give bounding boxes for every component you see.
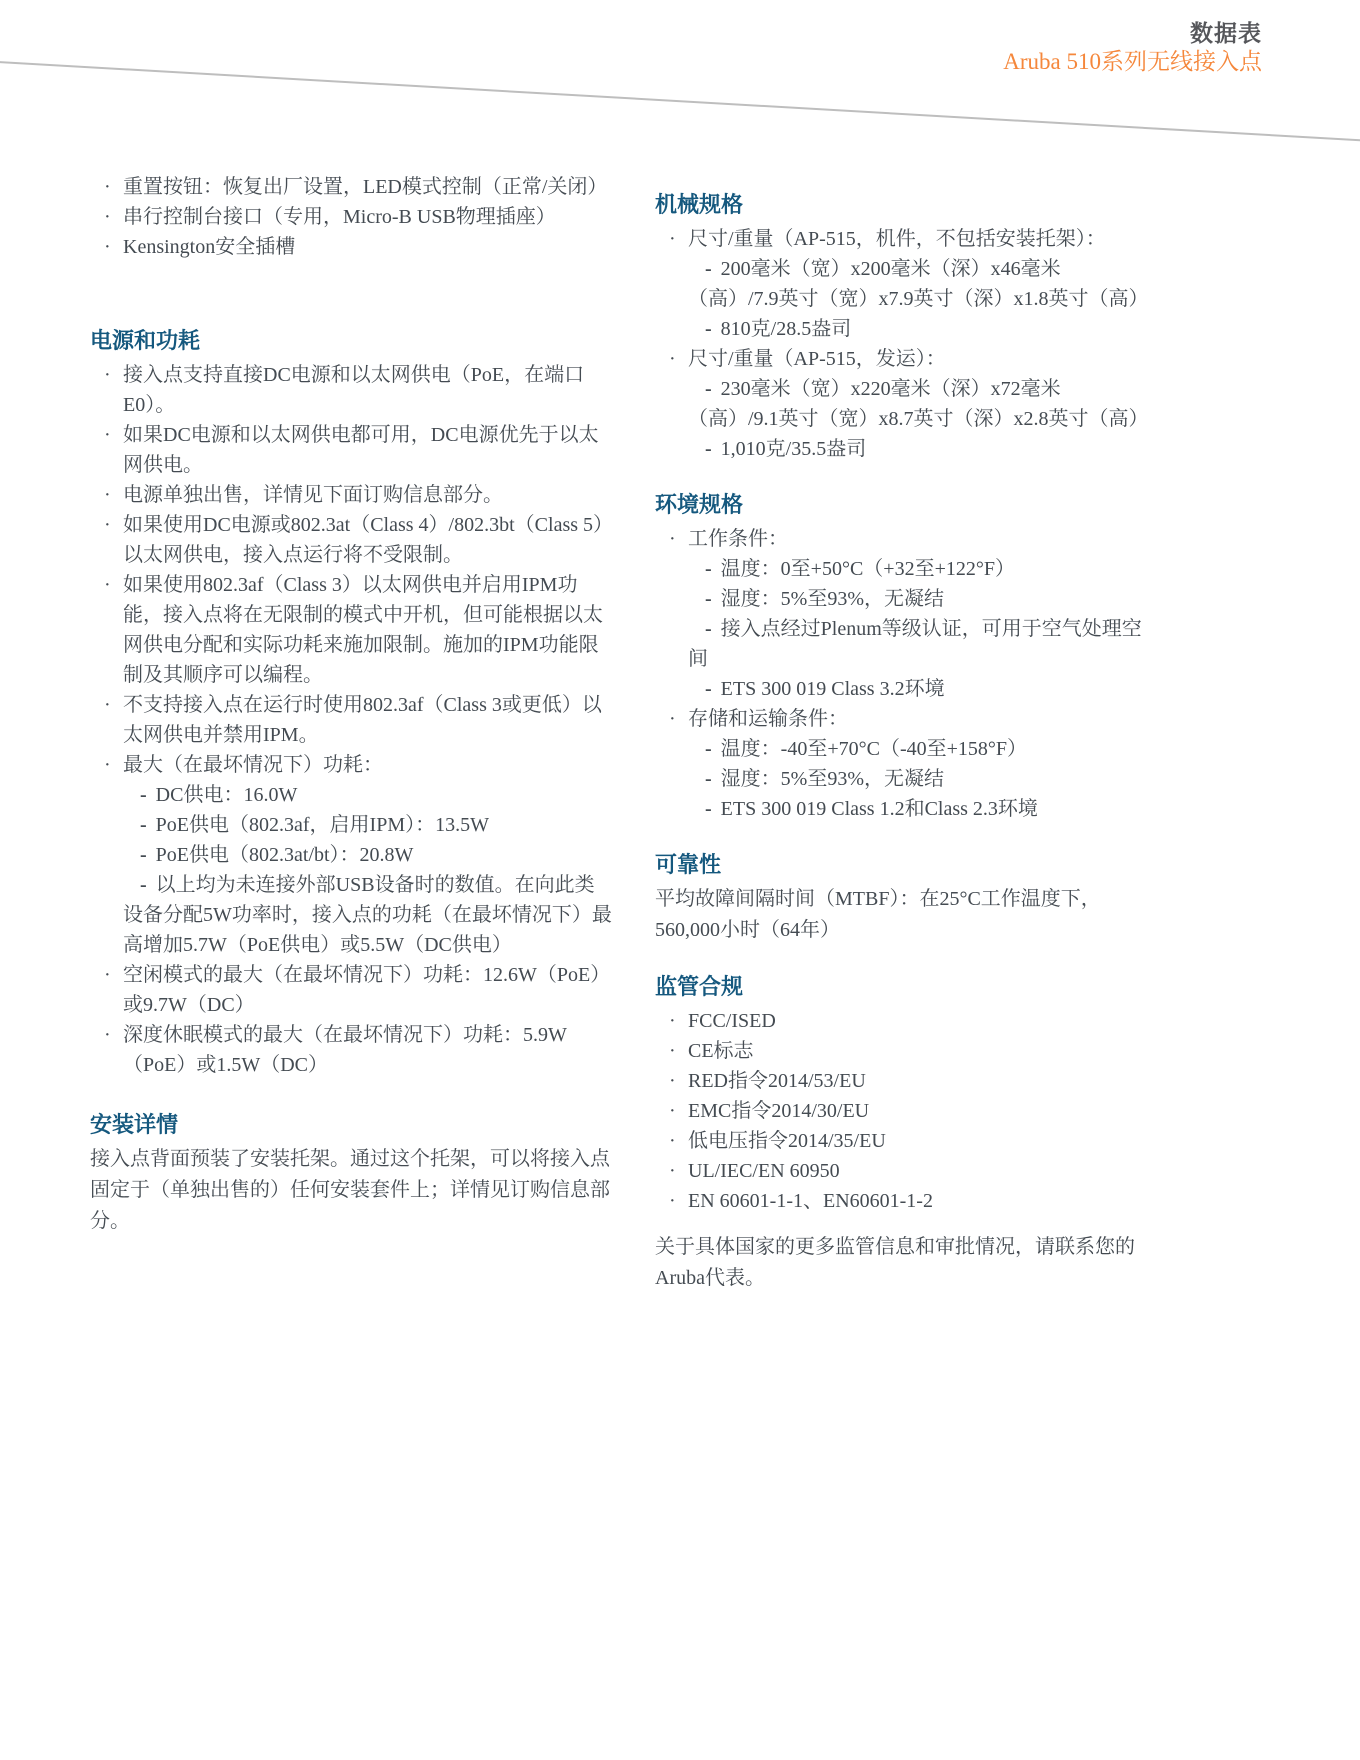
- list-item-text: ETS 300 019 Class 1.2和Class 2.3环境: [721, 798, 1038, 820]
- list-item: -PoE供电（802.3at/bt）：20.8W: [90, 840, 612, 870]
- bullet-marker: ·: [104, 232, 111, 262]
- bullet-marker: ·: [104, 420, 111, 450]
- list-item-text: 如果使用802.3af（Class 3）以太网供电并启用IPM功能，接入点将在无…: [123, 574, 603, 686]
- list-item-text: 温度：-40至+70°C（-40至+158°F）: [721, 738, 1027, 760]
- document-header: 数据表 Aruba 510系列无线接入点: [1003, 20, 1262, 76]
- list-item: -230毫米（宽）x220毫米（深）x72毫米（高）/9.1英寸（宽）x8.7英…: [655, 374, 1147, 434]
- bullet-marker: ·: [104, 690, 111, 720]
- list-item-text: 重置按钮：恢复出厂设置，LED模式控制（正常/关闭）: [123, 176, 607, 198]
- list-item-text: PoE供电（802.3at/bt）：20.8W: [156, 844, 414, 866]
- list-item: ·如果使用802.3af（Class 3）以太网供电并启用IPM功能，接入点将在…: [90, 570, 612, 690]
- list-item-text: DC供电：16.0W: [156, 784, 298, 806]
- list-item: ·低电压指令2014/35/EU: [655, 1126, 1147, 1156]
- dash-marker: -: [140, 814, 147, 836]
- dash-marker: -: [705, 438, 712, 460]
- list-item: ·CE标志: [655, 1036, 1147, 1066]
- bullet-marker: ·: [669, 1186, 676, 1216]
- list-item: ·电源单独出售，详情见下面订购信息部分。: [90, 480, 612, 510]
- regulatory-footnote: 关于具体国家的更多监管信息和审批情况，请联系您的Aruba代表。: [655, 1232, 1147, 1294]
- list-item-text: RED指令2014/53/EU: [688, 1070, 866, 1092]
- dash-marker: -: [705, 738, 712, 760]
- list-item-text: 230毫米（宽）x220毫米（深）x72毫米（高）/9.1英寸（宽）x8.7英寸…: [688, 378, 1149, 430]
- list-item: ·不支持接入点在运行时使用802.3af（Class 3或更低）以太网供电并禁用…: [90, 690, 612, 750]
- bullet-marker: ·: [104, 360, 111, 390]
- list-item-text: 电源单独出售，详情见下面订购信息部分。: [123, 484, 503, 506]
- list-item-text: 如果DC电源和以太网供电都可用，DC电源优先于以太网供电。: [123, 424, 599, 476]
- mechanical-spec-list: ·尺寸/重量（AP-515，机件，不包括安装托架）：-200毫米（宽）x200毫…: [655, 224, 1147, 464]
- list-item: -PoE供电（802.3af，启用IPM）：13.5W: [90, 810, 612, 840]
- power-consumption-list: ·接入点支持直接DC电源和以太网供电（PoE，在端口E0）。·如果DC电源和以太…: [90, 360, 612, 1080]
- right-column: 机械规格 ·尺寸/重量（AP-515，机件，不包括安装托架）：-200毫米（宽）…: [655, 160, 1147, 1294]
- list-item: ·接入点支持直接DC电源和以太网供电（PoE，在端口E0）。: [90, 360, 612, 420]
- list-item: ·尺寸/重量（AP-515，机件，不包括安装托架）：: [655, 224, 1147, 254]
- list-item-text: 最大（在最坏情况下）功耗：: [123, 754, 383, 776]
- bullet-marker: ·: [104, 202, 111, 232]
- bullet-marker: ·: [104, 172, 111, 202]
- dash-marker: -: [705, 618, 712, 640]
- mtbf-paragraph: 平均故障间隔时间（MTBF）：在25°C工作温度下，560,000小时（64年）: [655, 884, 1147, 946]
- list-item: -ETS 300 019 Class 3.2环境: [655, 674, 1147, 704]
- section-title-power: 电源和功耗: [90, 326, 612, 356]
- list-item: ·深度休眠模式的最大（在最坏情况下）功耗：5.9W（PoE）或1.5W（DC）: [90, 1020, 612, 1080]
- list-item: -温度：0至+50°C（+32至+122°F）: [655, 554, 1147, 584]
- dash-marker: -: [705, 318, 712, 340]
- dash-marker: -: [705, 798, 712, 820]
- left-column: ·重置按钮：恢复出厂设置，LED模式控制（正常/关闭）·串行控制台接口（专用，M…: [90, 160, 612, 1237]
- bullet-marker: ·: [669, 1066, 676, 1096]
- section-title-environmental: 环境规格: [655, 490, 1147, 520]
- list-item: -以上均为未连接外部USB设备时的数值。在向此类设备分配5W功率时，接入点的功耗…: [90, 870, 612, 960]
- list-item-text: 接入点支持直接DC电源和以太网供电（PoE，在端口E0）。: [123, 364, 584, 416]
- list-item-text: 低电压指令2014/35/EU: [688, 1130, 886, 1152]
- list-item-text: 存储和运输条件：: [688, 708, 848, 730]
- bullet-marker: ·: [104, 1020, 111, 1050]
- list-item: -湿度：5%至93%，无凝结: [655, 764, 1147, 794]
- bullet-marker: ·: [669, 1156, 676, 1186]
- list-item-text: 尺寸/重量（AP-515，机件，不包括安装托架）：: [688, 228, 1106, 250]
- bullet-marker: ·: [669, 224, 676, 254]
- product-title: Aruba 510系列无线接入点: [1003, 48, 1262, 76]
- list-item-text: 接入点经过Plenum等级认证，可用于空气处理空间: [688, 618, 1142, 670]
- list-item-text: PoE供电（802.3af，启用IPM）：13.5W: [156, 814, 489, 836]
- section-title-reliability: 可靠性: [655, 850, 1147, 880]
- list-item: ·如果DC电源和以太网供电都可用，DC电源优先于以太网供电。: [90, 420, 612, 480]
- list-item-text: 深度休眠模式的最大（在最坏情况下）功耗：5.9W（PoE）或1.5W（DC）: [123, 1024, 567, 1076]
- list-item-text: 如果使用DC电源或802.3at（Class 4）/802.3bt（Class …: [123, 514, 603, 566]
- list-item-text: Kensington安全插槽: [123, 236, 295, 258]
- list-item: ·FCC/ISED: [655, 1006, 1147, 1036]
- list-item-text: 不支持接入点在运行时使用802.3af（Class 3或更低）以太网供电并禁用I…: [123, 694, 602, 746]
- list-item-text: 湿度：5%至93%，无凝结: [721, 768, 944, 790]
- list-item: -1,010克/35.5盎司: [655, 434, 1147, 464]
- list-item: -200毫米（宽）x200毫米（深）x46毫米（高）/7.9英寸（宽）x7.9英…: [655, 254, 1147, 314]
- list-item: ·EMC指令2014/30/EU: [655, 1096, 1147, 1126]
- list-item-text: 串行控制台接口（专用，Micro-B USB物理插座）: [123, 206, 556, 228]
- list-item: ·UL/IEC/EN 60950: [655, 1156, 1147, 1186]
- list-item: ·EN 60601-1-1、EN60601-1-2: [655, 1186, 1147, 1216]
- dash-marker: -: [705, 768, 712, 790]
- dash-marker: -: [705, 258, 712, 280]
- dash-marker: -: [140, 844, 147, 866]
- list-item: -接入点经过Plenum等级认证，可用于空气处理空间: [655, 614, 1147, 674]
- list-item-text: EN 60601-1-1、EN60601-1-2: [688, 1190, 933, 1212]
- dash-marker: -: [140, 784, 147, 806]
- list-item: -DC供电：16.0W: [90, 780, 612, 810]
- list-item: -温度：-40至+70°C（-40至+158°F）: [655, 734, 1147, 764]
- list-item: ·工作条件：: [655, 524, 1147, 554]
- list-item: ·串行控制台接口（专用，Micro-B USB物理插座）: [90, 202, 612, 232]
- doc-type-label: 数据表: [1003, 20, 1262, 48]
- list-item: -湿度：5%至93%，无凝结: [655, 584, 1147, 614]
- list-item-text: FCC/ISED: [688, 1010, 776, 1032]
- bullet-marker: ·: [669, 1126, 676, 1156]
- list-item-text: 200毫米（宽）x200毫米（深）x46毫米（高）/7.9英寸（宽）x7.9英寸…: [688, 258, 1149, 310]
- list-item-text: UL/IEC/EN 60950: [688, 1160, 840, 1182]
- list-item: ·如果使用DC电源或802.3at（Class 4）/802.3bt（Class…: [90, 510, 612, 570]
- list-item: ·存储和运输条件：: [655, 704, 1147, 734]
- section-title-mechanical: 机械规格: [655, 190, 1147, 220]
- list-item-text: ETS 300 019 Class 3.2环境: [721, 678, 945, 700]
- list-item-text: 810克/28.5盎司: [721, 318, 852, 340]
- list-item-text: EMC指令2014/30/EU: [688, 1100, 869, 1122]
- list-item-text: 尺寸/重量（AP-515，发运）：: [688, 348, 946, 370]
- dash-marker: -: [140, 874, 147, 896]
- list-item: ·RED指令2014/53/EU: [655, 1066, 1147, 1096]
- hardware-feature-list: ·重置按钮：恢复出厂设置，LED模式控制（正常/关闭）·串行控制台接口（专用，M…: [90, 172, 612, 262]
- list-item: ·空闲模式的最大（在最坏情况下）功耗：12.6W（PoE）或9.7W（DC）: [90, 960, 612, 1020]
- list-item-text: 温度：0至+50°C（+32至+122°F）: [721, 558, 1015, 580]
- list-item-text: 湿度：5%至93%，无凝结: [721, 588, 944, 610]
- environmental-spec-list: ·工作条件：-温度：0至+50°C（+32至+122°F）-湿度：5%至93%，…: [655, 524, 1147, 824]
- installation-paragraph: 接入点背面预装了安装托架。通过这个托架，可以将接入点固定于（单独出售的）任何安装…: [90, 1144, 612, 1237]
- bullet-marker: ·: [669, 344, 676, 374]
- dash-marker: -: [705, 558, 712, 580]
- list-item: ·Kensington安全插槽: [90, 232, 612, 262]
- list-item-text: CE标志: [688, 1040, 754, 1062]
- dash-marker: -: [705, 678, 712, 700]
- list-item-text: 工作条件：: [688, 528, 788, 550]
- section-title-installation: 安装详情: [90, 1110, 612, 1140]
- bullet-marker: ·: [669, 1096, 676, 1126]
- bullet-marker: ·: [669, 704, 676, 734]
- bullet-marker: ·: [104, 750, 111, 780]
- bullet-marker: ·: [669, 1006, 676, 1036]
- list-item-text: 1,010克/35.5盎司: [721, 438, 867, 460]
- bullet-marker: ·: [104, 960, 111, 990]
- section-title-regulatory: 监管合规: [655, 972, 1147, 1002]
- bullet-marker: ·: [104, 570, 111, 600]
- list-item: -ETS 300 019 Class 1.2和Class 2.3环境: [655, 794, 1147, 824]
- list-item-text: 空闲模式的最大（在最坏情况下）功耗：12.6W（PoE）或9.7W（DC）: [123, 964, 610, 1016]
- list-item: ·尺寸/重量（AP-515，发运）：: [655, 344, 1147, 374]
- bullet-marker: ·: [669, 524, 676, 554]
- list-item: ·重置按钮：恢复出厂设置，LED模式控制（正常/关闭）: [90, 172, 612, 202]
- dash-marker: -: [705, 378, 712, 400]
- regulatory-compliance-list: ·FCC/ISED·CE标志·RED指令2014/53/EU·EMC指令2014…: [655, 1006, 1147, 1216]
- bullet-marker: ·: [669, 1036, 676, 1066]
- list-item: -810克/28.5盎司: [655, 314, 1147, 344]
- list-item-text: 以上均为未连接外部USB设备时的数值。在向此类设备分配5W功率时，接入点的功耗（…: [123, 874, 612, 956]
- bullet-marker: ·: [104, 510, 111, 540]
- list-item: ·最大（在最坏情况下）功耗：: [90, 750, 612, 780]
- dash-marker: -: [705, 588, 712, 610]
- bullet-marker: ·: [104, 480, 111, 510]
- datasheet-page: 数据表 Aruba 510系列无线接入点 ·重置按钮：恢复出厂设置，LED模式控…: [0, 0, 1360, 1760]
